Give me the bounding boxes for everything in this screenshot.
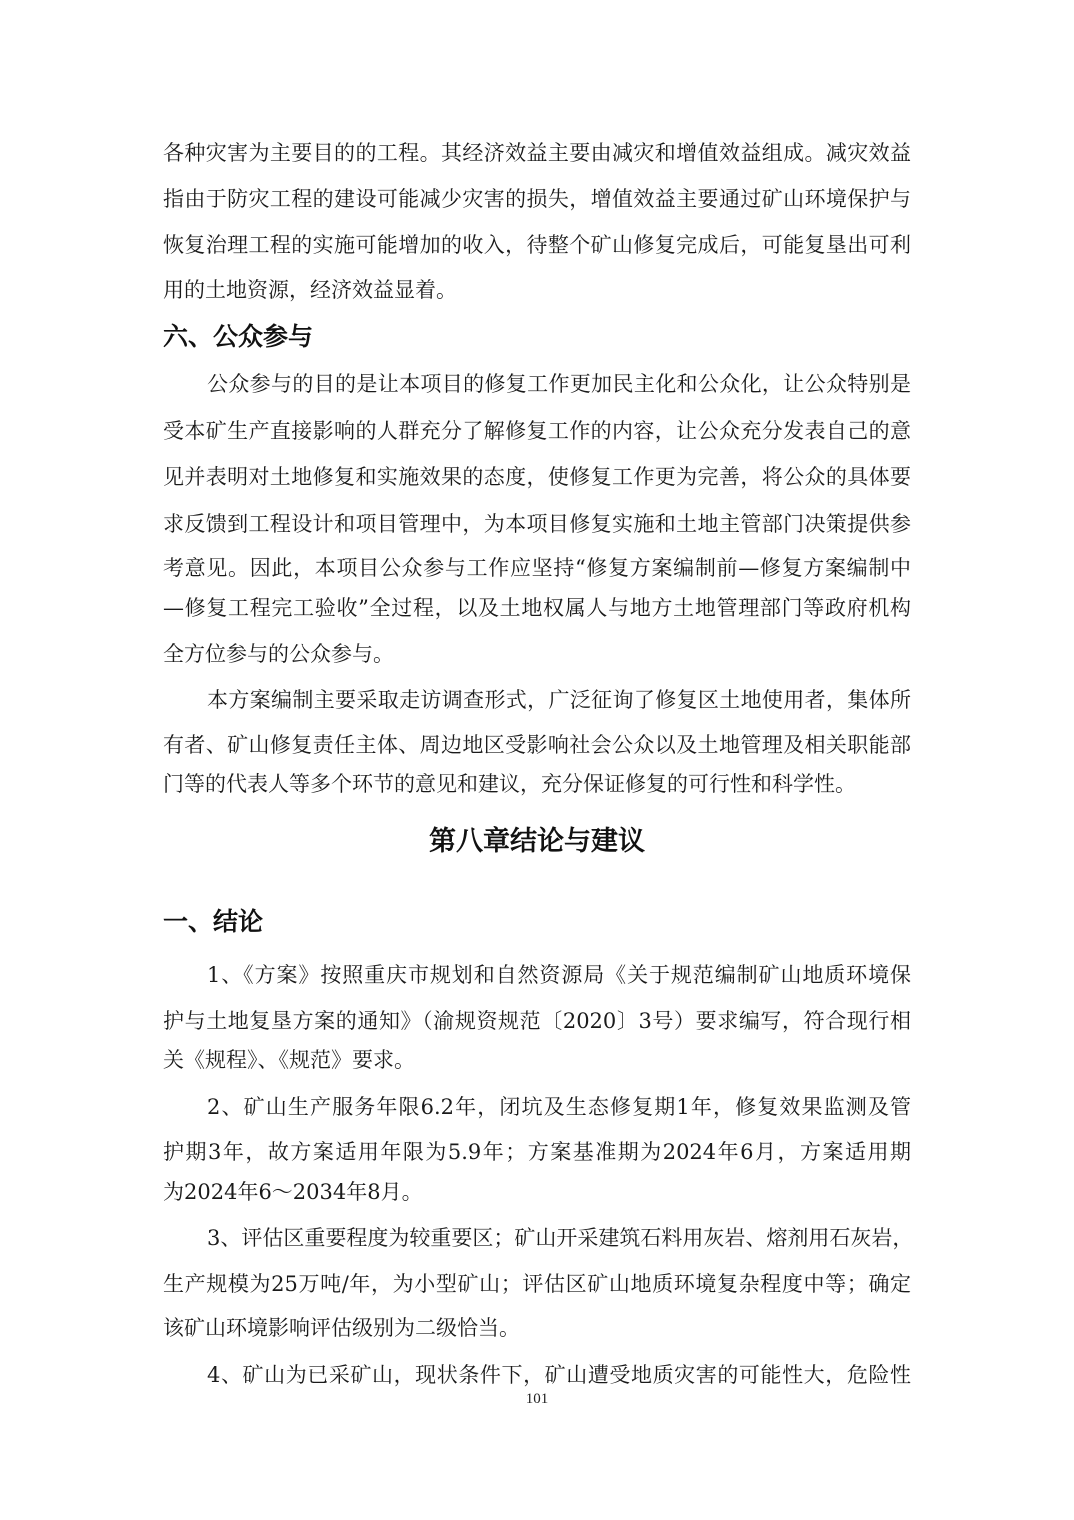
body-text-line: 见并表明对土地修复和实施效果的态度，使修复工作更为完善，将公众的具体要: [163, 463, 911, 491]
conclusion-item-line: 3、评估区重要程度为较重要区；矿山开采建筑石料用灰岩、熔剂用石灰岩，: [207, 1224, 911, 1252]
page-number: 101: [0, 1390, 1074, 1408]
conclusion-item-line: 该矿山环境影响评估级别为二级恰当。: [163, 1314, 911, 1342]
body-text-line: 考意见。因此，本项目公众参与工作应坚持“修复方案编制前—修复方案编制中: [163, 554, 911, 582]
section-heading-public-participation: 六、公众参与: [163, 321, 313, 353]
body-text-line: 本方案编制主要采取走访调查形式，广泛征询了修复区土地使用者，集体所: [207, 686, 911, 714]
body-text-line: 指由于防灾工程的建设可能减少灾害的损失，增值效益主要通过矿山环境保护与: [163, 185, 911, 213]
body-text-line: 门等的代表人等多个环节的意见和建议，充分保证修复的可行性和科学性。: [163, 770, 911, 798]
conclusion-item-line: 护期3年，故方案适用年限为5.9年；方案基准期为2024年6月，方案适用期: [163, 1138, 911, 1166]
body-text-line: 有者、矿山修复责任主体、周边地区受影响社会公众以及土地管理及相关职能部: [163, 731, 911, 759]
body-text-line: 恢复治理工程的实施可能增加的收入，待整个矿山修复完成后，可能复垦出可利: [163, 231, 911, 259]
conclusion-item-line: 关《规程》、《规范》要求。: [163, 1046, 911, 1074]
body-text-line: 受本矿生产直接影响的人群充分了解修复工作的内容，让公众充分发表自己的意: [163, 417, 911, 445]
body-text-line: —修复工程完工验收”全过程，以及土地权属人与地方土地管理部门等政府机构: [163, 594, 911, 622]
document-page: 各种灾害为主要目的的工程。其经济效益主要由减灾和增值效益组成。减灾效益 指由于防…: [0, 0, 1074, 1520]
section-heading-conclusion: 一、结论: [163, 906, 263, 938]
conclusion-item-line: 护与土地复垦方案的通知》（渝规资规范〔2020〕3号）要求编写，符合现行相: [163, 1007, 911, 1035]
conclusion-item-line: 1、《方案》按照重庆市规划和自然资源局《关于规范编制矿山地质环境保: [207, 961, 911, 989]
conclusion-item-line: 为2024年6～2034年8月。: [163, 1178, 911, 1206]
conclusion-item-line: 2、矿山生产服务年限6.2年，闭坑及生态修复期1年，修复效果监测及管: [207, 1093, 911, 1121]
conclusion-item-line: 4、矿山为已采矿山，现状条件下，矿山遭受地质灾害的可能性大，危险性: [207, 1361, 911, 1389]
conclusion-item-line: 生产规模为25万吨/年，为小型矿山；评估区矿山地质环境复杂程度中等；确定: [163, 1270, 911, 1298]
chapter-title: 第八章结论与建议: [0, 825, 1074, 859]
body-text-line: 各种灾害为主要目的的工程。其经济效益主要由减灾和增值效益组成。减灾效益: [163, 139, 911, 167]
body-text-line: 公众参与的目的是让本项目的修复工作更加民主化和公众化，让公众特别是: [207, 370, 911, 398]
body-text-line: 求反馈到工程设计和项目管理中，为本项目修复实施和土地主管部门决策提供参: [163, 510, 911, 538]
body-text-line: 用的土地资源，经济效益显着。: [163, 276, 911, 304]
body-text-line: 全方位参与的公众参与。: [163, 640, 911, 668]
